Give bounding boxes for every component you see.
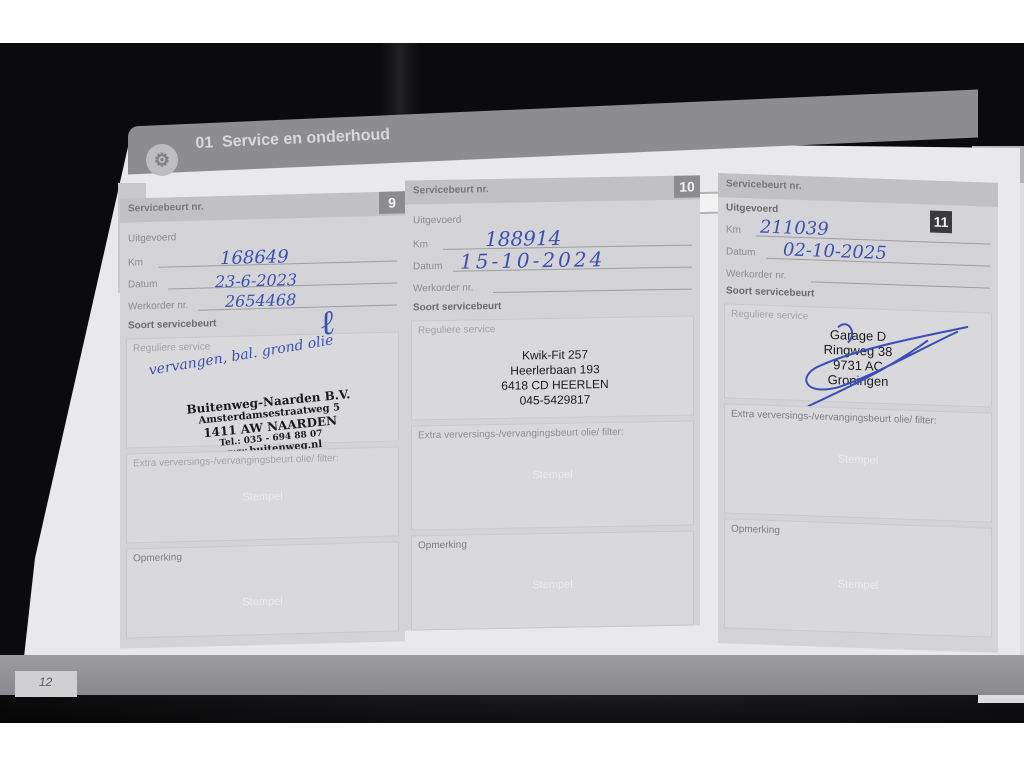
card-header: Servicebeurt nr. 10 [405, 175, 700, 204]
opmerking-label: Opmerking [731, 524, 780, 537]
uitgevoerd-label: Uitgevoerd [413, 215, 461, 227]
handwritten-datum: 02-10-2025 [783, 239, 887, 264]
signature-scribble [778, 305, 978, 422]
service-number-badge: 10 [674, 175, 700, 197]
opmerking-box: Opmerking Stempel [724, 518, 992, 637]
handwritten-km: 211039 [760, 217, 829, 240]
service-card-11: Servicebeurt nr. 11 Uitgevoerd Km Datum … [718, 173, 998, 653]
werkorder-label: Werkorder nr. [128, 300, 188, 313]
soort-label: Soort servicebeurt [128, 318, 216, 331]
extra-box: Extra verversings-/vervangingsbeurt olie… [411, 421, 694, 531]
servicebeurt-label: Servicebeurt nr. [413, 184, 489, 196]
extra-label: Extra verversings-/vervangingsbeurt olie… [731, 409, 981, 429]
stempel-placeholder: Stempel [725, 449, 991, 470]
opmerking-box: Opmerking Stempel [126, 541, 399, 638]
opmerking-label: Opmerking [418, 539, 467, 551]
reguliere-label: Reguliere service [133, 341, 210, 354]
km-label: Km [413, 239, 428, 250]
uitgevoerd-label: Uitgevoerd [726, 202, 778, 215]
service-booklet-page: ⚙ 01 Service en onderhoud Servicedocumen… [0, 43, 1024, 723]
section-number: 01 [195, 134, 214, 152]
km-label: Km [726, 224, 741, 236]
handwritten-datum: 23-6-2023 [215, 270, 297, 291]
stempel-placeholder: Stempel [127, 592, 398, 611]
datum-label: Datum [128, 279, 157, 291]
dealer-stamp: Kwik-Fit 257 Heerlerbaan 193 6418 CD HEE… [455, 346, 655, 409]
service-card-10: Servicebeurt nr. 10 Uitgevoerd Km Datum … [405, 175, 700, 630]
werkorder-row: Werkorder nr. [413, 274, 692, 297]
handwritten-km: 168649 [220, 246, 289, 269]
extra-box: Extra verversings-/vervangingsbeurt olie… [724, 403, 992, 522]
photo-background: ⚙ 01 Service en onderhoud Servicedocumen… [0, 43, 1024, 723]
extra-box: Extra verversings-/vervangingsbeurt olie… [126, 446, 399, 543]
handwritten-datum: 15-10-2024 [460, 247, 605, 274]
werkorder-line [493, 289, 692, 293]
opmerking-box: Opmerking Stempel [411, 531, 694, 631]
stempel-placeholder: Stempel [127, 487, 398, 506]
werkorder-label: Werkorder nr. [413, 282, 473, 294]
km-label: Km [128, 257, 143, 268]
werkorder-label: Werkorder nr. [726, 268, 786, 281]
stempel-placeholder: Stempel [412, 577, 693, 594]
servicebeurt-label: Servicebeurt nr. [128, 202, 204, 215]
wrench-icon: ⚙ [146, 144, 178, 176]
opmerking-label: Opmerking [133, 552, 182, 564]
page-number: 12 [15, 671, 77, 697]
werkorder-line [811, 281, 990, 288]
service-card-9: Servicebeurt nr. 9 Uitgevoerd Km Datum W… [120, 191, 405, 648]
extra-label: Extra verversings-/vervangingsbeurt olie… [418, 426, 678, 442]
datum-label: Datum [413, 261, 442, 273]
page-footer-strip [0, 655, 1024, 695]
uitgevoerd-row: Uitgevoerd [128, 221, 397, 246]
stempel-placeholder: Stempel [725, 574, 991, 595]
extra-label: Extra verversings-/vervangingsbeurt olie… [133, 452, 373, 469]
reguliere-label: Reguliere service [418, 324, 495, 336]
stempel-placeholder: Stempel [412, 467, 693, 484]
soort-label: Soort servicebeurt [726, 285, 814, 299]
uitgevoerd-label: Uitgevoerd [128, 232, 176, 244]
soort-label: Soort servicebeurt [413, 301, 501, 314]
handwritten-werkorder: 2654468 [225, 290, 296, 311]
datum-label: Datum [726, 246, 755, 258]
service-number-badge: 9 [379, 191, 405, 214]
servicebeurt-label: Servicebeurt nr. [726, 178, 802, 192]
